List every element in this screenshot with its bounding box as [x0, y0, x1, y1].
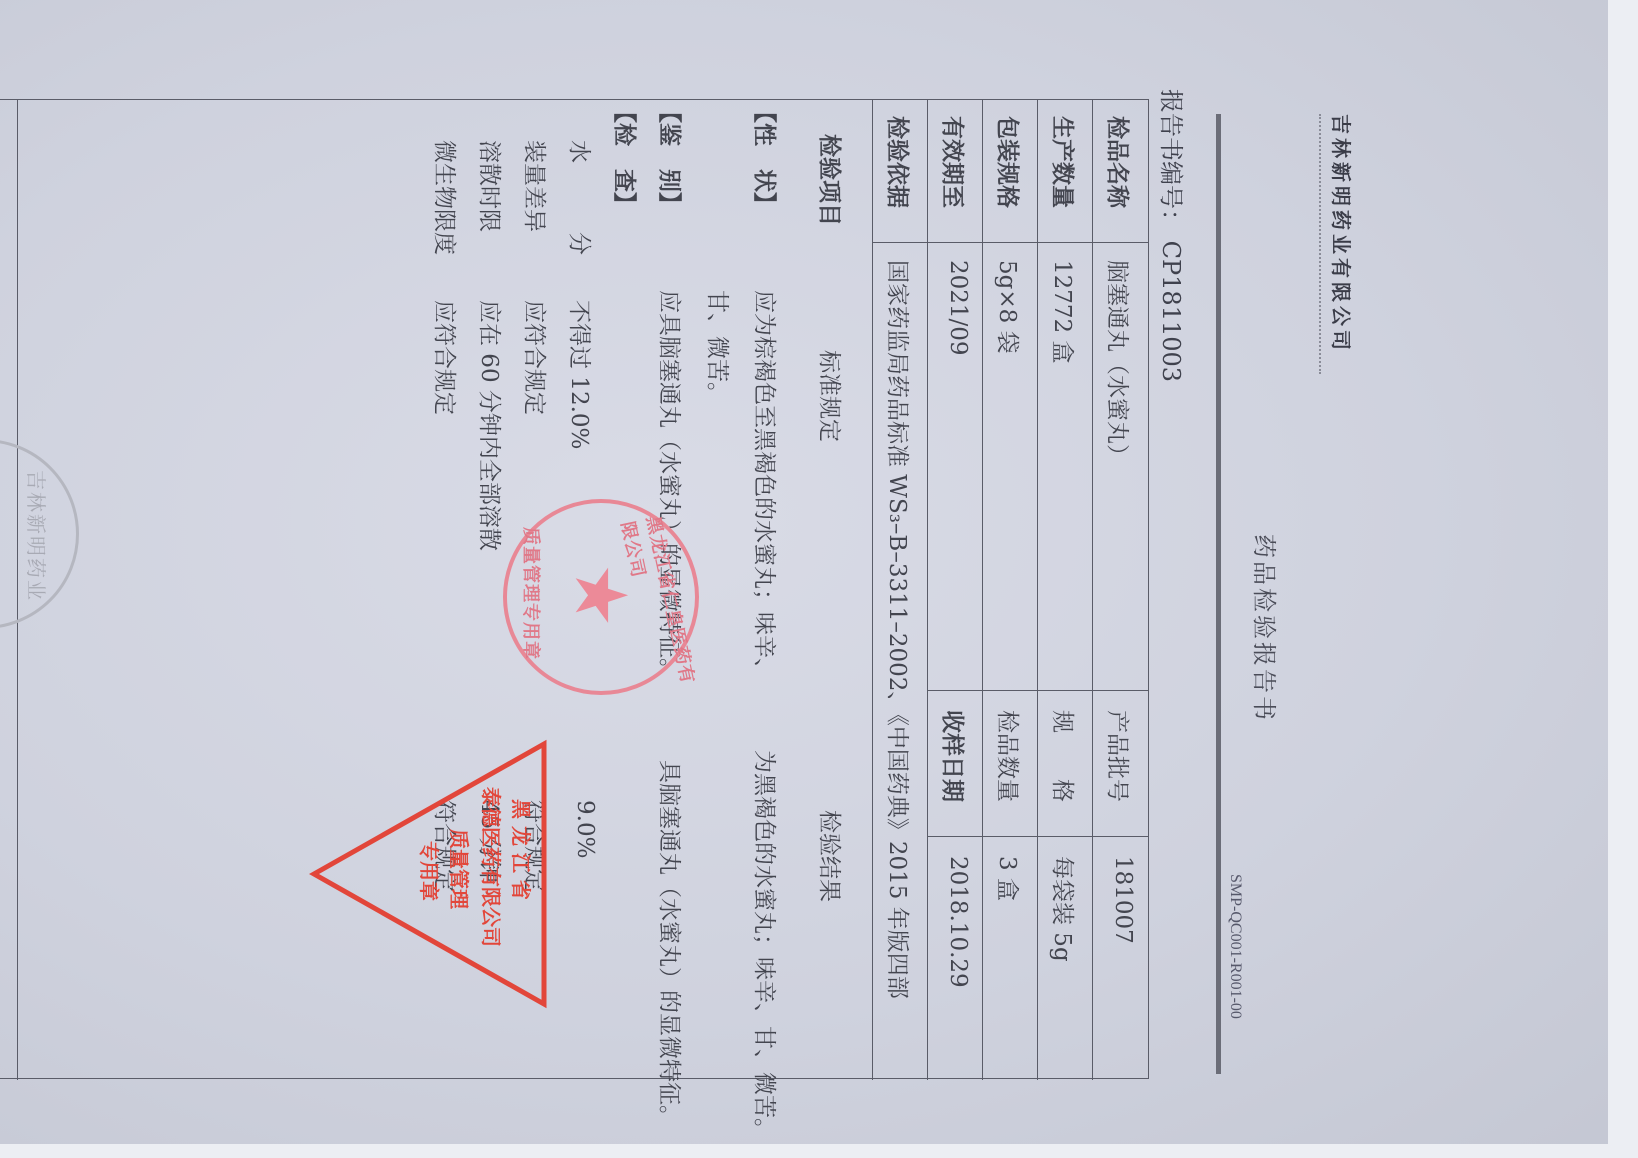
inspection-item-result: 9.0%: [572, 800, 598, 858]
stamp-line: 专用章: [416, 841, 445, 901]
appearance-result: 为黑褐色的水蜜丸；味辛、甘、微苦。: [750, 750, 783, 1141]
stamp-top-text: 吉林新明药业: [23, 470, 52, 602]
label-expiry: 有效期至: [938, 116, 971, 208]
company-name: 吉林新明药业有限公司: [1328, 114, 1357, 354]
appearance-standard: 应为棕褐色至黑褐色的水蜜丸；味辛、: [750, 290, 783, 681]
inspection-item-name: 装量差异: [520, 140, 553, 232]
label-product-name: 检品名称: [1103, 116, 1136, 208]
star-icon: ★: [565, 563, 637, 628]
table-rule: [1092, 100, 1093, 1080]
value-batch-number: 181007: [1110, 856, 1136, 944]
header-standard: 标准规定: [815, 350, 848, 442]
inspection-item-standard: 应在 60 分钟内全部溶散: [475, 300, 508, 551]
label-sample-quantity: 检品数量: [993, 710, 1026, 802]
label-basis: 检验依据: [883, 116, 916, 208]
table-rule: [873, 242, 1148, 243]
stamp-line: 黑 龙 江 省: [508, 799, 537, 900]
label-package-spec: 包装规格: [993, 116, 1026, 208]
identification-result: 具脑塞通丸（水蜜丸）的显微特征。: [655, 760, 688, 1128]
inspection-item-standard: 不得过 12.0%: [565, 300, 598, 449]
value-received-date: 2018.10.29: [945, 856, 971, 988]
scan-margin: [1608, 0, 1638, 1158]
value-specification: 每袋装 5g: [1048, 856, 1081, 962]
form-code: SMP-QC001-R001-00: [1226, 874, 1244, 1019]
header-rule: [1216, 114, 1221, 1074]
header-decoration: [1319, 114, 1327, 374]
inspection-item-standard: 应符合规定: [520, 300, 553, 415]
table-rule: [928, 836, 1148, 837]
inspection-item-name: 微生物限度: [430, 140, 463, 255]
report-number-label: 报告书编号：: [1157, 89, 1185, 233]
table-rule: [1037, 100, 1038, 1080]
quality-triangle-stamp: 黑 龙 江 省 泰德医药有限公司 质量管理 专用章: [309, 739, 549, 1009]
document-title: 药品检验报告书: [1249, 534, 1284, 723]
stamp-line: 质量管理: [446, 829, 475, 909]
section-identification: 【鉴 别】: [655, 100, 688, 215]
appearance-standard-cont: 甘、微苦。: [703, 290, 736, 405]
label-specification: 规 格: [1048, 710, 1081, 802]
quality-round-stamp: 黑龙江省仁皇医药有限公司 ★ 质量管理专用章: [503, 499, 699, 695]
value-basis: 国家药监局药品标准 WS₃–B–3311–2002、《中国药典》2015 年版四…: [883, 260, 916, 999]
label-received-date: 收样日期: [938, 710, 971, 802]
inspection-item-standard: 应符合规定: [430, 300, 463, 415]
report-number: 报告书编号： CP1811003: [1156, 89, 1191, 382]
value-production-quantity: 12772 盒: [1048, 260, 1081, 363]
stamp-bottom-text: 质量管理专用章: [519, 527, 545, 660]
section-inspection: 【检 查】: [610, 100, 643, 215]
label-production-quantity: 生产数量: [1048, 116, 1081, 208]
header-item: 检验项目: [815, 134, 848, 226]
report-number-value: CP1811003: [1157, 241, 1185, 382]
inspection-report-page: 吉林新明药业有限公司 药品检验报告书 SMP-QC001-R001-00 报告书…: [0, 19, 1379, 1139]
inspection-item-name: 水 分: [565, 140, 598, 255]
value-expiry: 2021/09: [945, 260, 971, 356]
value-sample-quantity: 3 盒: [993, 856, 1026, 901]
section-appearance: 【性 状】: [750, 100, 783, 215]
table-rule: [927, 100, 928, 1080]
scan-margin: [0, 1144, 1638, 1158]
stamp-line: 泰德医药有限公司: [478, 787, 507, 947]
header-result: 检验结果: [815, 810, 848, 902]
table-rule: [872, 100, 873, 1080]
table-rule: [982, 100, 983, 1080]
inspection-item-name: 溶散时限: [475, 140, 508, 232]
value-package-spec: 5g×8 袋: [993, 260, 1026, 354]
table-rule: [928, 690, 1148, 691]
value-product-name: 脑塞通丸（水蜜丸）: [1103, 260, 1136, 467]
label-batch-number: 产品批号: [1103, 710, 1136, 802]
